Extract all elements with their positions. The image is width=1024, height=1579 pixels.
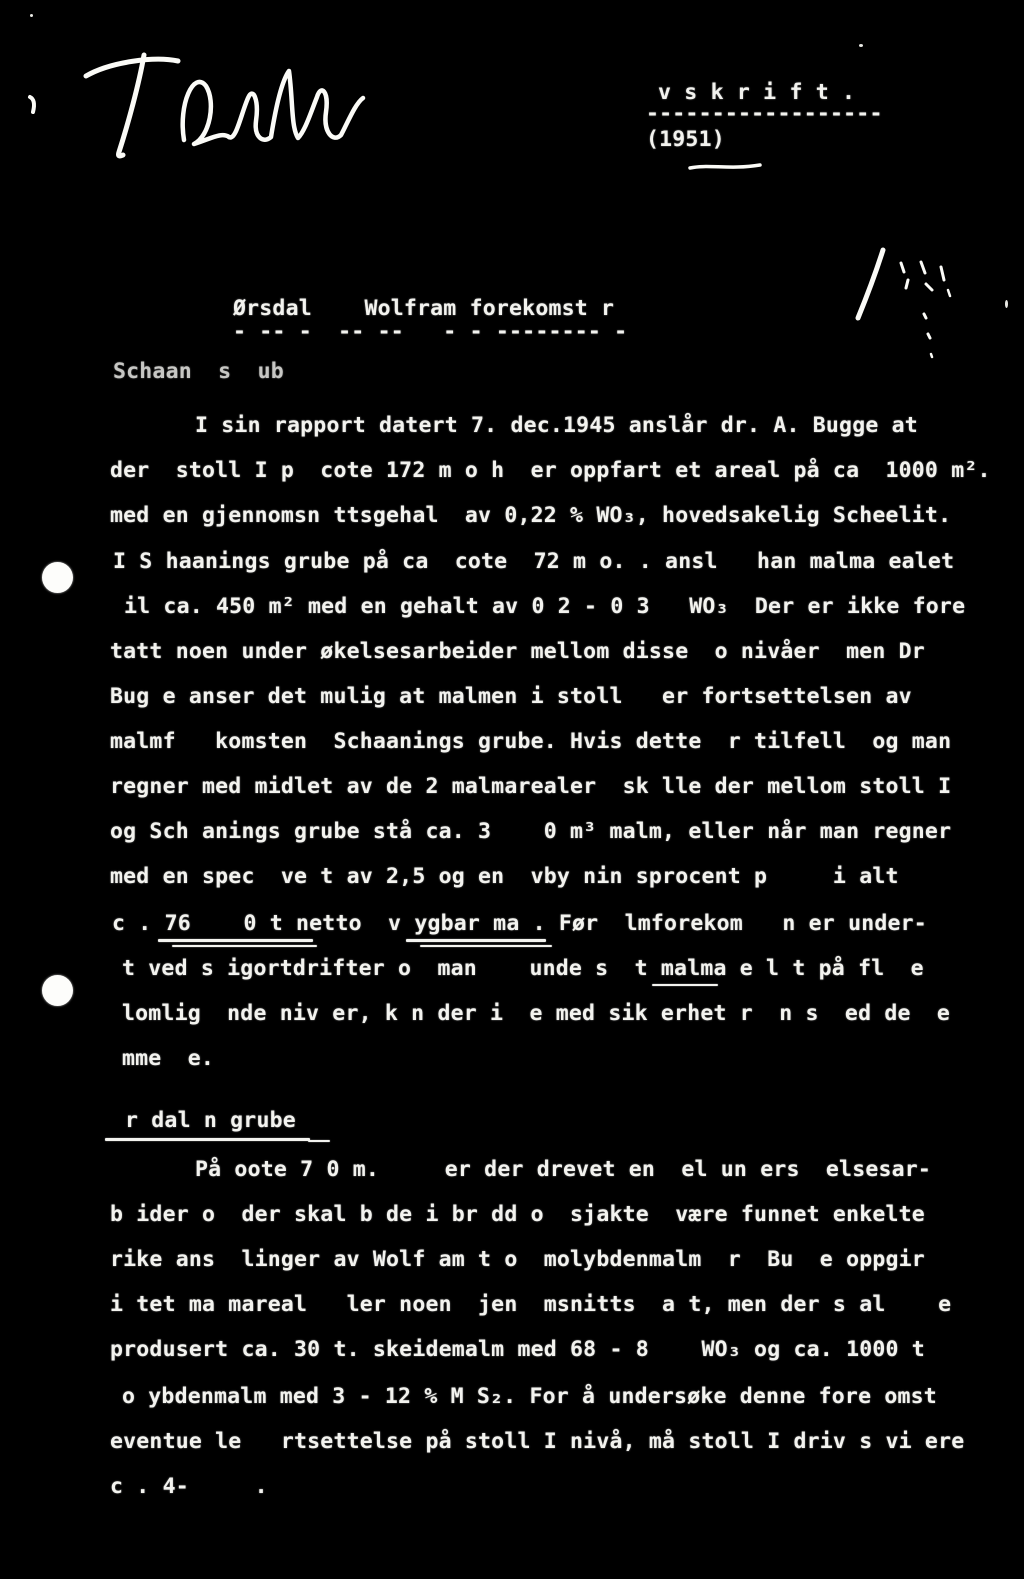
page-title-underline: - -- - -- -- - - -------- -: [233, 319, 627, 345]
section2-heading: r dal n grube: [125, 1108, 296, 1134]
text-line: og Sch anings grube stå ca. 3 0 m³ malm,…: [110, 819, 951, 845]
text-line: malmf komsten Schaanings grube. Hvis det…: [110, 729, 951, 755]
text-line: Bug e anser det mulig at malmen i stoll …: [110, 684, 912, 710]
text-line: regner med midlet av de 2 malmarealer sk…: [110, 774, 951, 800]
text-line: tatt noen under økelsesarbeider mellom d…: [110, 639, 925, 665]
underline-ore-2: [420, 945, 552, 947]
text-line: il ca. 450 m² med en gehalt av 0 2 - 0 3…: [124, 594, 965, 620]
hole-punch-icon: [42, 975, 73, 1006]
section1-heading: Schaan s ub: [113, 359, 284, 385]
handwritten-signature-icon: [22, 42, 372, 172]
text-line: t ved s igortdrifter o man unde s t malm…: [122, 956, 924, 982]
text-line: med en spec ve t av 2,5 og en vby nin sp…: [110, 864, 899, 890]
text-line: I sin rapport datert 7. dec.1945 anslår …: [195, 413, 918, 439]
noise-speck: [30, 14, 33, 17]
text-line: c . 76 0 t netto v ygbar ma . Før lmfore…: [112, 911, 927, 937]
text-line: b ider o der skal b de i br dd o sjakte …: [110, 1202, 925, 1228]
faint-handwritten-mark-icon: [845, 238, 960, 368]
text-line: I S haanings grube på ca cote 72 m o. . …: [113, 549, 954, 575]
document-year: (1951): [646, 127, 725, 153]
underline-malma: [652, 984, 718, 986]
scanned-document-page: v s k r i f t . ------------------ (1951…: [0, 0, 1024, 1579]
text-line: mme e.: [122, 1046, 214, 1072]
text-line: der stoll I p cote 172 m o h er oppfart …: [110, 458, 991, 484]
text-line: c . 4- .: [110, 1474, 268, 1500]
noise-speck: [859, 44, 863, 47]
underline-ore: [406, 939, 546, 942]
text-line: med en gjennomsn ttsgehal av 0,22 % WO₃,…: [110, 503, 951, 529]
text-line: o ybdenmalm med 3 - 12 % M S₂. For å und…: [122, 1384, 937, 1410]
noise-speck: [1005, 300, 1008, 308]
underline-tonnage: [158, 939, 313, 942]
hole-punch-icon: [42, 562, 73, 593]
text-line: På oote 7 0 m. er der drevet en el un er…: [195, 1157, 931, 1183]
text-line: eventue le rtsettelse på stoll I nivå, m…: [110, 1429, 964, 1455]
section2-heading-underline: [105, 1138, 310, 1141]
text-line: produsert ca. 30 t. skeidemalm med 68 - …: [110, 1337, 925, 1363]
text-line: lomlig nde niv er, k n der i e med sik e…: [122, 1001, 950, 1027]
section2-heading-underline-tail: [308, 1140, 330, 1142]
text-line: rike ans linger av Wolf am t o molybdenm…: [110, 1247, 925, 1273]
text-line: i tet ma mareal ler noen jen msnitts a t…: [110, 1292, 951, 1318]
transcript-underline: ------------------: [646, 101, 883, 127]
handwritten-dash-icon: [688, 160, 768, 174]
underline-tonnage-2: [172, 945, 317, 947]
